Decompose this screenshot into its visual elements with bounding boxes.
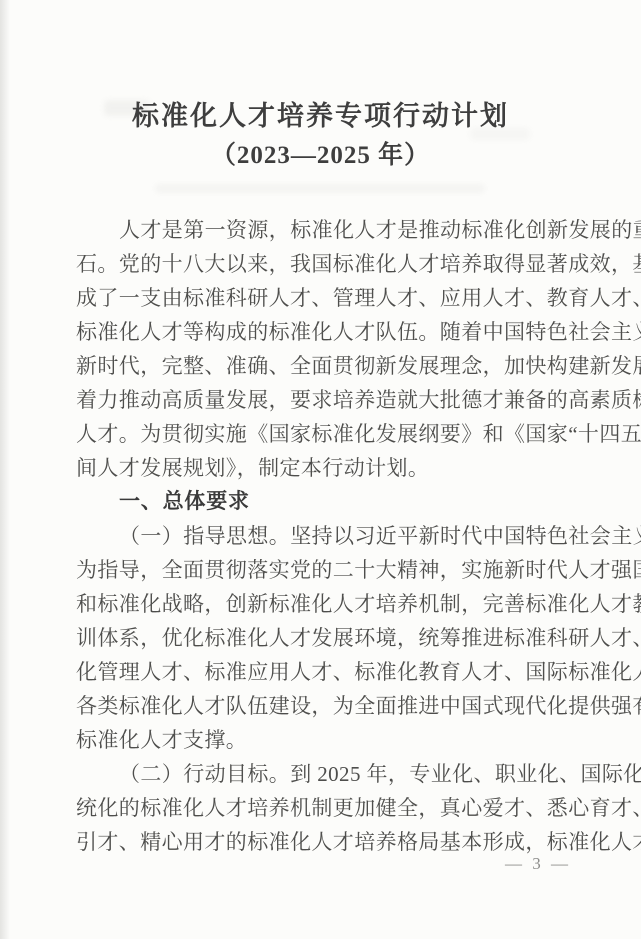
- document-title-line-2: （2023—2025 年）: [0, 136, 641, 175]
- paragraph-2-line: 标准化人才支撑。: [76, 723, 593, 757]
- paragraph-2-line: 各类标准化人才队伍建设，为全面推进中国式现代化提供强有力的: [76, 689, 593, 723]
- page-number: — 3 —: [505, 853, 571, 875]
- paragraph-1-line: 着力推动高质量发展，要求培养造就大批德才兼备的高素质标准化: [76, 383, 593, 417]
- paragraph-1-line: 石。党的十八大以来，我国标准化人才培养取得显著成效，基本形: [76, 247, 593, 281]
- paragraph-1-line: 成了一支由标准科研人才、管理人才、应用人才、教育人才、国际: [76, 281, 593, 315]
- paragraph-1-line: 标准化人才等构成的标准化人才队伍。随着中国特色社会主义进入: [76, 315, 593, 349]
- paragraph-1-line: 人才。为贯彻实施《国家标准化发展纲要》和《国家“十四五”期: [76, 417, 593, 451]
- paragraph-3-line: （二）行动目标。到 2025 年，专业化、职业化、国际化、系: [76, 757, 593, 791]
- section-heading-overall-requirements: 一、总体要求: [76, 485, 593, 519]
- bleed-through-artifact: [155, 184, 485, 193]
- paragraph-2-line: 化管理人才、标准应用人才、标准化教育人才、国际标准化人才等: [76, 655, 593, 689]
- paragraph-2-line: 和标准化战略，创新标准化人才培养机制，完善标准化人才教育培: [76, 587, 593, 621]
- paragraph-3-line: 统化的标准化人才培养机制更加健全，真心爱才、悉心育才、倾心: [76, 791, 593, 825]
- paragraph-2-line: （一）指导思想。坚持以习近平新时代中国特色社会主义思想: [76, 519, 593, 553]
- scanned-document-page: 标准化人才培养专项行动计划 （2023—2025 年） 人才是第一资源，标准化人…: [0, 0, 641, 939]
- paragraph-1-line: 人才是第一资源，标准化人才是推动标准化创新发展的重要基: [76, 213, 593, 247]
- document-body: 人才是第一资源，标准化人才是推动标准化创新发展的重要基 石。党的十八大以来，我国…: [76, 213, 593, 859]
- document-title-line-1: 标准化人才培养专项行动计划: [0, 96, 641, 136]
- document-title: 标准化人才培养专项行动计划 （2023—2025 年）: [0, 96, 641, 175]
- paragraph-1-line: 新时代，完整、准确、全面贯彻新发展理念，加快构建新发展格局，: [76, 349, 593, 383]
- paragraph-2-line: 为指导，全面贯彻落实党的二十大精神，实施新时代人才强国战略: [76, 553, 593, 587]
- paragraph-2-line: 训体系，优化标准化人才发展环境，统筹推进标准科研人才、标准: [76, 621, 593, 655]
- paragraph-1-line: 间人才发展规划》，制定本行动计划。: [76, 451, 593, 485]
